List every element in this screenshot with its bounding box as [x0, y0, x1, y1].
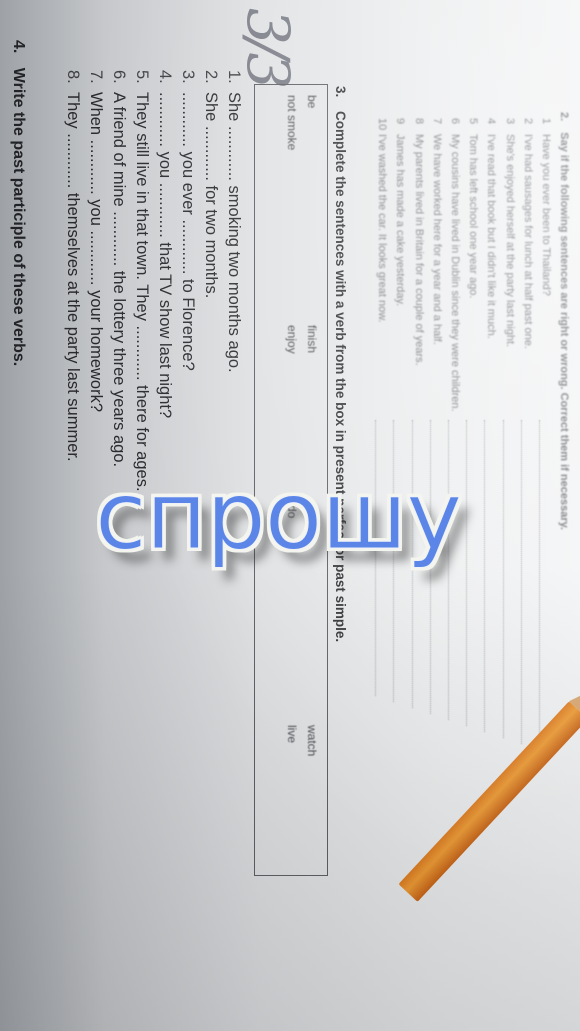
exercise2-item: 3She's enjoyed herself at the party last…	[504, 118, 516, 347]
exercise2-number: 2.	[558, 112, 570, 121]
exercise4-heading: 4. Write the past participle of these ve…	[9, 40, 27, 366]
sentence-number: 4.	[155, 70, 174, 92]
exercise2-item-text: My cousins have lived in Dublin since th…	[449, 134, 461, 412]
exercise2-item-number: 4	[485, 118, 497, 134]
answer-line	[466, 420, 467, 726]
exercise3-number: 3.	[333, 86, 348, 97]
exercise3-sentence: 2.She ............ for two months.	[201, 70, 220, 298]
exercise2-item-text: She's enjoyed herself at the party last …	[504, 134, 516, 347]
sentence-number: 2.	[201, 70, 220, 92]
sentence-text: A friend of mine ............ the lotter…	[110, 92, 128, 467]
exercise2-item: 8My parents lived in Britain for a coupl…	[413, 118, 425, 366]
exercise2-item-number: 2	[522, 118, 534, 134]
answer-line	[539, 420, 540, 750]
exercise2-heading: 2. Say if the following sentences are ri…	[558, 112, 570, 530]
verb-option: enjoy	[285, 325, 299, 354]
exercise2-item-number: 3	[504, 118, 516, 134]
exercise3-sentence: 1.She ............ smoking two months ag…	[224, 70, 243, 373]
exercise2-item: 4I've read that book but I didn't like i…	[485, 118, 497, 339]
watermark-text: спрошу	[95, 462, 461, 571]
exercise2-item: 5Tom has left school one year ago.	[467, 118, 479, 298]
verb-option: watch	[305, 725, 319, 756]
sentence-number: 6.	[109, 70, 128, 92]
exercise2-item-number: 7	[431, 118, 443, 134]
exercise2-item-text: I've had sausages for lunch at half past…	[522, 134, 534, 349]
exercise3-sentence: 6.A friend of mine ............ the lott…	[109, 70, 128, 467]
exercise4-number: 4.	[10, 40, 27, 53]
sentence-text: When ............ you ............ your …	[87, 92, 105, 412]
sentence-number: 8.	[63, 70, 82, 92]
exercise2-item-number: 10	[376, 118, 388, 134]
verb-option: be	[305, 95, 319, 108]
exercise2-item-text: We have worked here for a year and a hal…	[431, 134, 443, 345]
sentence-number: 3.	[178, 70, 197, 92]
exercise3-sentence: 4............. you ............ that TV …	[155, 70, 174, 418]
exercise2-item: 1Have you ever been to Thailand?	[540, 118, 552, 296]
exercise3-sentence: 3............. you ever ............ to …	[178, 70, 197, 371]
handwritten-mark: 3/3	[234, 8, 302, 83]
answer-line	[521, 420, 522, 744]
exercise2-item: 2I've had sausages for lunch at half pas…	[522, 118, 534, 349]
exercise2-item-number: 6	[449, 118, 461, 134]
exercise2-item-text: Have you ever been to Thailand?	[540, 134, 552, 296]
exercise2-item: 9James has made a cake yesterday.	[394, 118, 406, 306]
exercise2-item-number: 1	[540, 118, 552, 134]
sentence-text: She ............ smoking two months ago.	[225, 92, 243, 373]
exercise3-sentence: 5.They still live in that town. They ...…	[132, 70, 151, 492]
exercise2-item-number: 5	[467, 118, 479, 134]
sentence-text: ............ you ............ that TV sh…	[156, 92, 174, 418]
answer-line	[503, 420, 504, 738]
sentence-text: ............ you ever ............ to Fl…	[179, 92, 197, 371]
exercise2-item-text: I've read that book but I didn't like it…	[485, 134, 497, 339]
exercise3-sentence: 7.When ............ you ............ you…	[86, 70, 105, 412]
verb-option: live	[285, 725, 299, 743]
exercise2-item: 6My cousins have lived in Dublin since t…	[449, 118, 461, 412]
exercise2-item-number: 8	[413, 118, 425, 134]
sentence-text: She ............ for two months.	[202, 92, 220, 298]
exercise3-sentence: 8.They ............ themselves at the pa…	[63, 70, 82, 462]
exercise2-item-text: My parents lived in Britain for a couple…	[413, 134, 425, 366]
exercise2-item-number: 9	[394, 118, 406, 134]
sentence-number: 1.	[224, 70, 243, 92]
sentence-text: They still live in that town. They .....…	[133, 92, 151, 492]
sentence-text: They ............ themselves at the part…	[64, 92, 82, 462]
exercise2-item: 10I've washed the car. It looks great no…	[376, 118, 388, 323]
sentence-number: 7.	[86, 70, 105, 92]
exercise2-title: Say if the following sentences are right…	[558, 132, 570, 530]
answer-line	[484, 420, 485, 732]
verb-option: finish	[305, 325, 319, 353]
exercise2-item-text: James has made a cake yesterday.	[394, 134, 406, 306]
exercise4-title: Write the past participle of these verbs…	[10, 68, 27, 366]
exercise2-item-text: I've washed the car. It looks great now.	[376, 134, 388, 323]
sentence-number: 5.	[132, 70, 151, 92]
verb-option: not smoke	[285, 95, 299, 150]
exercise2-item: 7We have worked here for a year and a ha…	[431, 118, 443, 345]
worksheet-photo: 3/3 2. Say if the following sentences ar…	[0, 0, 580, 1031]
exercise2-item-text: Tom has left school one year ago.	[467, 134, 479, 298]
